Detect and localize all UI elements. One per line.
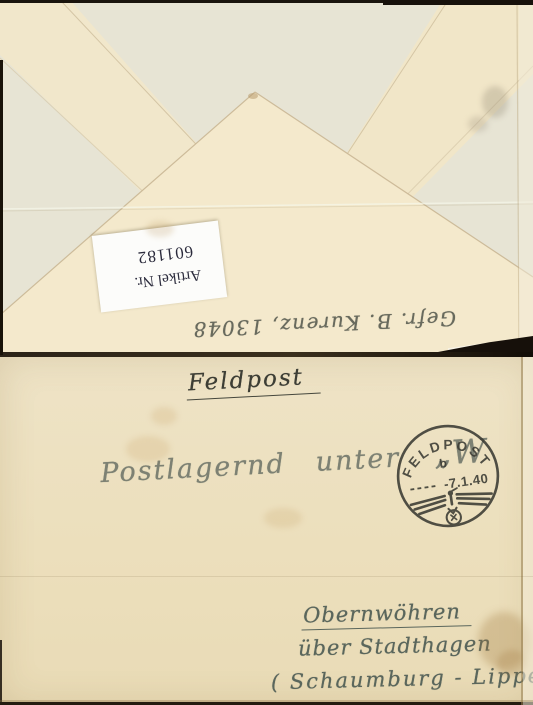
feldpost-handwriting: Feldpost	[185, 364, 320, 401]
postmark-dashes: ----	[409, 477, 440, 498]
front-bottom-crease	[0, 700, 533, 702]
photo-edge-top-right	[383, 0, 533, 5]
front-crease	[0, 576, 533, 577]
paper-stain	[126, 436, 170, 462]
front-fold-strip	[523, 357, 533, 705]
paper-stain	[482, 86, 508, 118]
postmark-date: -7.1.40	[443, 471, 489, 492]
envelope-front-photo: Feldpost Postlagernd unter „W FELDPOST b…	[0, 357, 533, 705]
postmark-letter: b	[438, 456, 447, 471]
sticker-number: 601182	[136, 241, 194, 268]
photo-edge-left-bottom	[0, 640, 2, 705]
feldpost-postmark: FELDPOST b ---- -7.1.40	[385, 413, 511, 539]
envelope-back-photo: Artikel Nr. 601182 Gefr. B. Kurenz, 1304…	[0, 0, 533, 355]
sticker-label: Artikel Nr.	[134, 265, 203, 291]
paper-stain	[151, 407, 177, 425]
auction-photo-envelope: Artikel Nr. 601182 Gefr. B. Kurenz, 1304…	[0, 0, 533, 705]
paper-stain	[146, 221, 174, 237]
glue-smudge	[248, 93, 258, 99]
paper-stain	[468, 116, 488, 132]
photo-edge-left	[0, 60, 3, 355]
paper-stain	[264, 508, 302, 528]
